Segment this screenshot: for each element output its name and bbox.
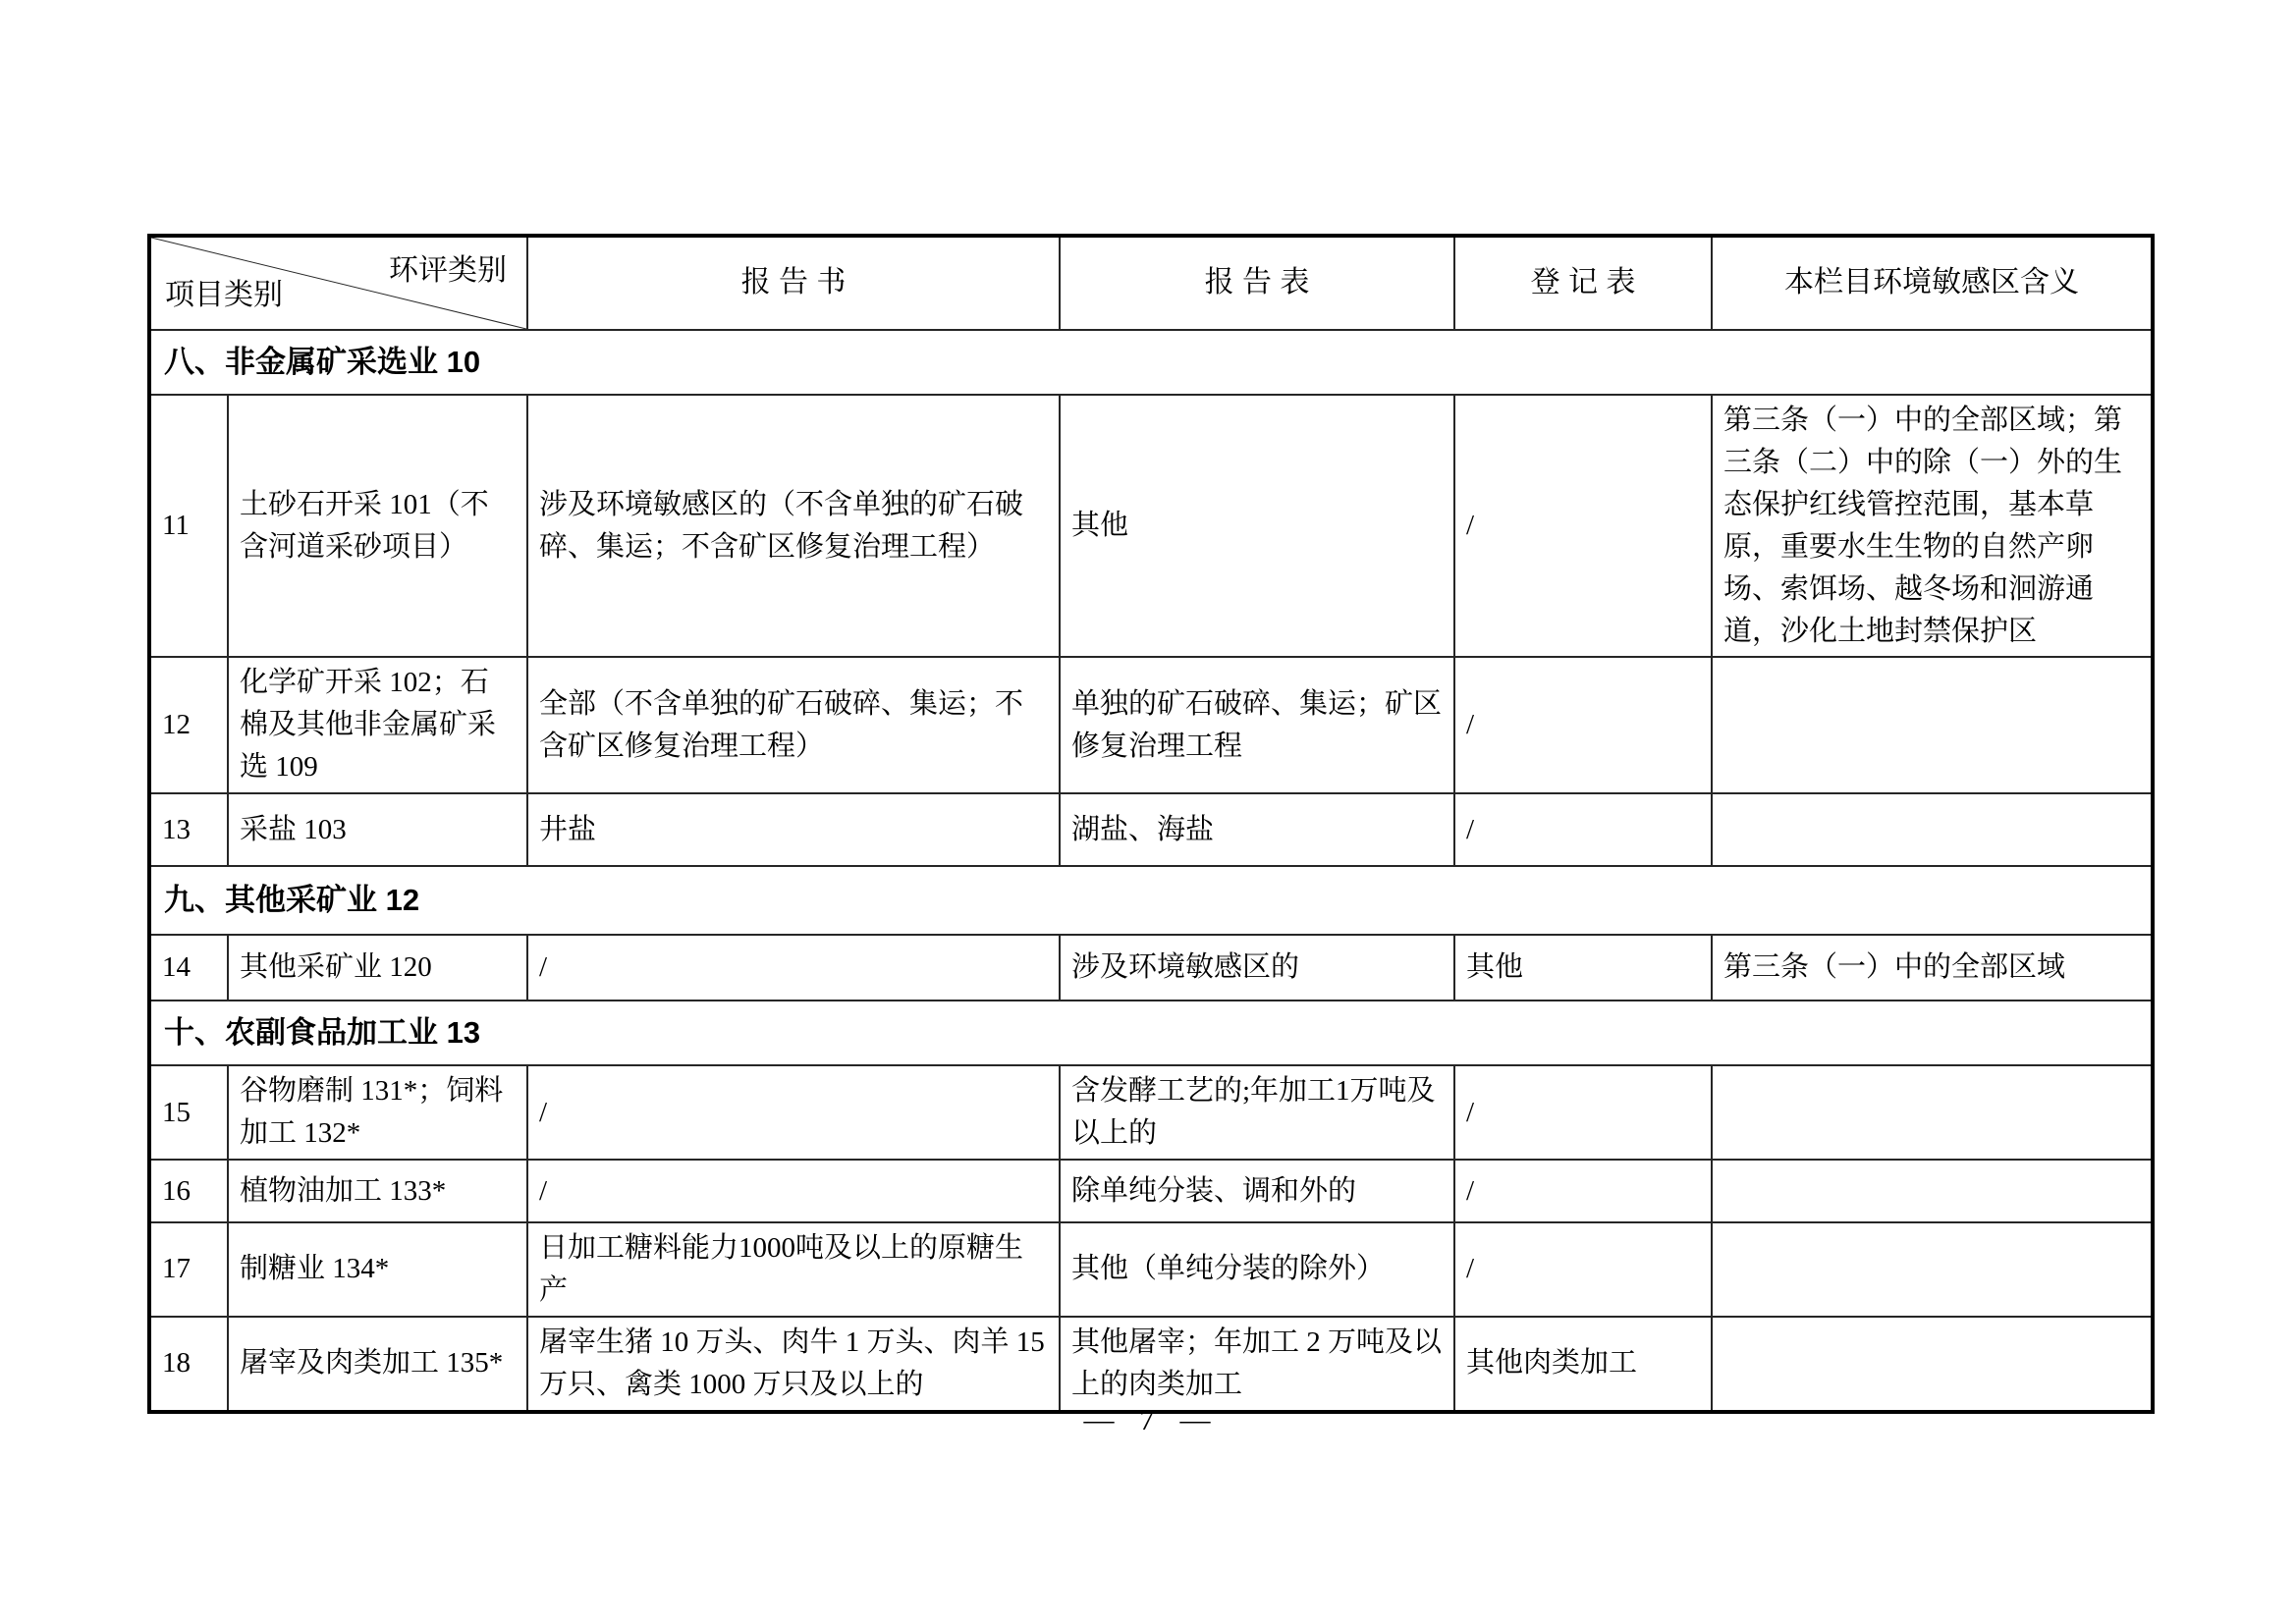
table-row-11: 11 土砂石开采 101（不含河道采砂项目） 涉及环境敏感区的（不含单独的矿石破… xyxy=(149,395,2153,657)
registration-form-cell: 其他 xyxy=(1454,935,1712,1001)
sensitive-area-cell xyxy=(1712,1222,2153,1317)
header-report-book: 报 告 书 xyxy=(527,236,1060,330)
row-number: 17 xyxy=(149,1222,228,1317)
table-header-row: 环评类别 项目类别 报 告 书 报 告 表 登 记 表 本栏目环境敏感区含义 xyxy=(149,236,2153,330)
header-eia-category-label: 环评类别 xyxy=(389,249,507,293)
table-row-18: 18 屠宰及肉类加工 135* 屠宰生猪 10 万头、肉牛 1 万头、肉羊 15… xyxy=(149,1317,2153,1412)
header-project-category-label: 项目类别 xyxy=(165,274,283,317)
header-registration-form: 登 记 表 xyxy=(1454,236,1712,330)
sensitive-area-cell: 第三条（一）中的全部区域 xyxy=(1712,935,2153,1001)
section-row-10: 十、农副食品加工业 13 xyxy=(149,1001,2153,1065)
report-book-cell: 井盐 xyxy=(527,793,1060,866)
report-book-cell: 日加工糖料能力1000吨及以上的原糖生产 xyxy=(527,1222,1060,1317)
report-form-cell: 单独的矿石破碎、集运；矿区修复治理工程 xyxy=(1060,657,1454,793)
row-number: 18 xyxy=(149,1317,228,1412)
section-row-8: 八、非金属矿采选业 10 xyxy=(149,330,2153,395)
header-sensitive-area-meaning: 本栏目环境敏感区含义 xyxy=(1712,236,2153,330)
sensitive-area-cell: 第三条（一）中的全部区域；第三条（二）中的除（一）外的生态保护红线管控范围，基本… xyxy=(1712,395,2153,657)
document-page: 环评类别 项目类别 报 告 书 报 告 表 登 记 表 本栏目环境敏感区含义 八… xyxy=(0,0,2296,1623)
report-form-cell: 含发酵工艺的;年加工1万吨及以上的 xyxy=(1060,1065,1454,1160)
report-form-cell: 其他 xyxy=(1060,395,1454,657)
report-book-cell: 全部（不含单独的矿石破碎、集运；不含矿区修复治理工程） xyxy=(527,657,1060,793)
section-label: 十、农副食品加工业 13 xyxy=(149,1001,2153,1065)
registration-form-cell: / xyxy=(1454,1065,1712,1160)
table-row-12: 12 化学矿开采 102；石棉及其他非金属矿采选 109 全部（不含单独的矿石破… xyxy=(149,657,2153,793)
report-form-cell: 涉及环境敏感区的 xyxy=(1060,935,1454,1001)
project-category-cell: 谷物磨制 131*；饲料加工 132* xyxy=(228,1065,527,1160)
project-category-cell: 屠宰及肉类加工 135* xyxy=(228,1317,527,1412)
header-report-form: 报 告 表 xyxy=(1060,236,1454,330)
registration-form-cell: / xyxy=(1454,395,1712,657)
table-row-14: 14 其他采矿业 120 / 涉及环境敏感区的 其他 第三条（一）中的全部区域 xyxy=(149,935,2153,1001)
registration-form-cell: / xyxy=(1454,657,1712,793)
table-row-16: 16 植物油加工 133* / 除单纯分装、调和外的 / xyxy=(149,1160,2153,1222)
table-row-17: 17 制糖业 134* 日加工糖料能力1000吨及以上的原糖生产 其他（单纯分装… xyxy=(149,1222,2153,1317)
report-form-cell: 其他（单纯分装的除外） xyxy=(1060,1222,1454,1317)
row-number: 15 xyxy=(149,1065,228,1160)
project-category-cell: 制糖业 134* xyxy=(228,1222,527,1317)
row-number: 14 xyxy=(149,935,228,1001)
project-category-cell: 其他采矿业 120 xyxy=(228,935,527,1001)
report-book-cell: 涉及环境敏感区的（不含单独的矿石破碎、集运；不含矿区修复治理工程） xyxy=(527,395,1060,657)
report-book-cell: / xyxy=(527,1065,1060,1160)
row-number: 12 xyxy=(149,657,228,793)
sensitive-area-cell xyxy=(1712,657,2153,793)
sensitive-area-cell xyxy=(1712,1317,2153,1412)
registration-form-cell: 其他肉类加工 xyxy=(1454,1317,1712,1412)
row-number: 11 xyxy=(149,395,228,657)
sensitive-area-cell xyxy=(1712,1065,2153,1160)
report-form-cell: 除单纯分装、调和外的 xyxy=(1060,1160,1454,1222)
report-book-cell: 屠宰生猪 10 万头、肉牛 1 万头、肉羊 15 万只、禽类 1000 万只及以… xyxy=(527,1317,1060,1412)
diagonal-header-cell: 环评类别 项目类别 xyxy=(149,236,527,330)
table-row-15: 15 谷物磨制 131*；饲料加工 132* / 含发酵工艺的;年加工1万吨及以… xyxy=(149,1065,2153,1160)
row-number: 13 xyxy=(149,793,228,866)
page-footer: — 7 — xyxy=(0,1402,2296,1437)
row-number: 16 xyxy=(149,1160,228,1222)
section-row-9: 九、其他采矿业 12 xyxy=(149,866,2153,935)
table-row-13: 13 采盐 103 井盐 湖盐、海盐 / xyxy=(149,793,2153,866)
eia-category-table: 环评类别 项目类别 报 告 书 报 告 表 登 记 表 本栏目环境敏感区含义 八… xyxy=(147,234,2155,1414)
section-label: 九、其他采矿业 12 xyxy=(149,866,2153,935)
report-book-cell: / xyxy=(527,1160,1060,1222)
project-category-cell: 化学矿开采 102；石棉及其他非金属矿采选 109 xyxy=(228,657,527,793)
registration-form-cell: / xyxy=(1454,793,1712,866)
report-book-cell: / xyxy=(527,935,1060,1001)
sensitive-area-cell xyxy=(1712,1160,2153,1222)
project-category-cell: 植物油加工 133* xyxy=(228,1160,527,1222)
report-form-cell: 湖盐、海盐 xyxy=(1060,793,1454,866)
report-form-cell: 其他屠宰；年加工 2 万吨及以上的肉类加工 xyxy=(1060,1317,1454,1412)
registration-form-cell: / xyxy=(1454,1222,1712,1317)
registration-form-cell: / xyxy=(1454,1160,1712,1222)
project-category-cell: 采盐 103 xyxy=(228,793,527,866)
project-category-cell: 土砂石开采 101（不含河道采砂项目） xyxy=(228,395,527,657)
sensitive-area-cell xyxy=(1712,793,2153,866)
section-label: 八、非金属矿采选业 10 xyxy=(149,330,2153,395)
